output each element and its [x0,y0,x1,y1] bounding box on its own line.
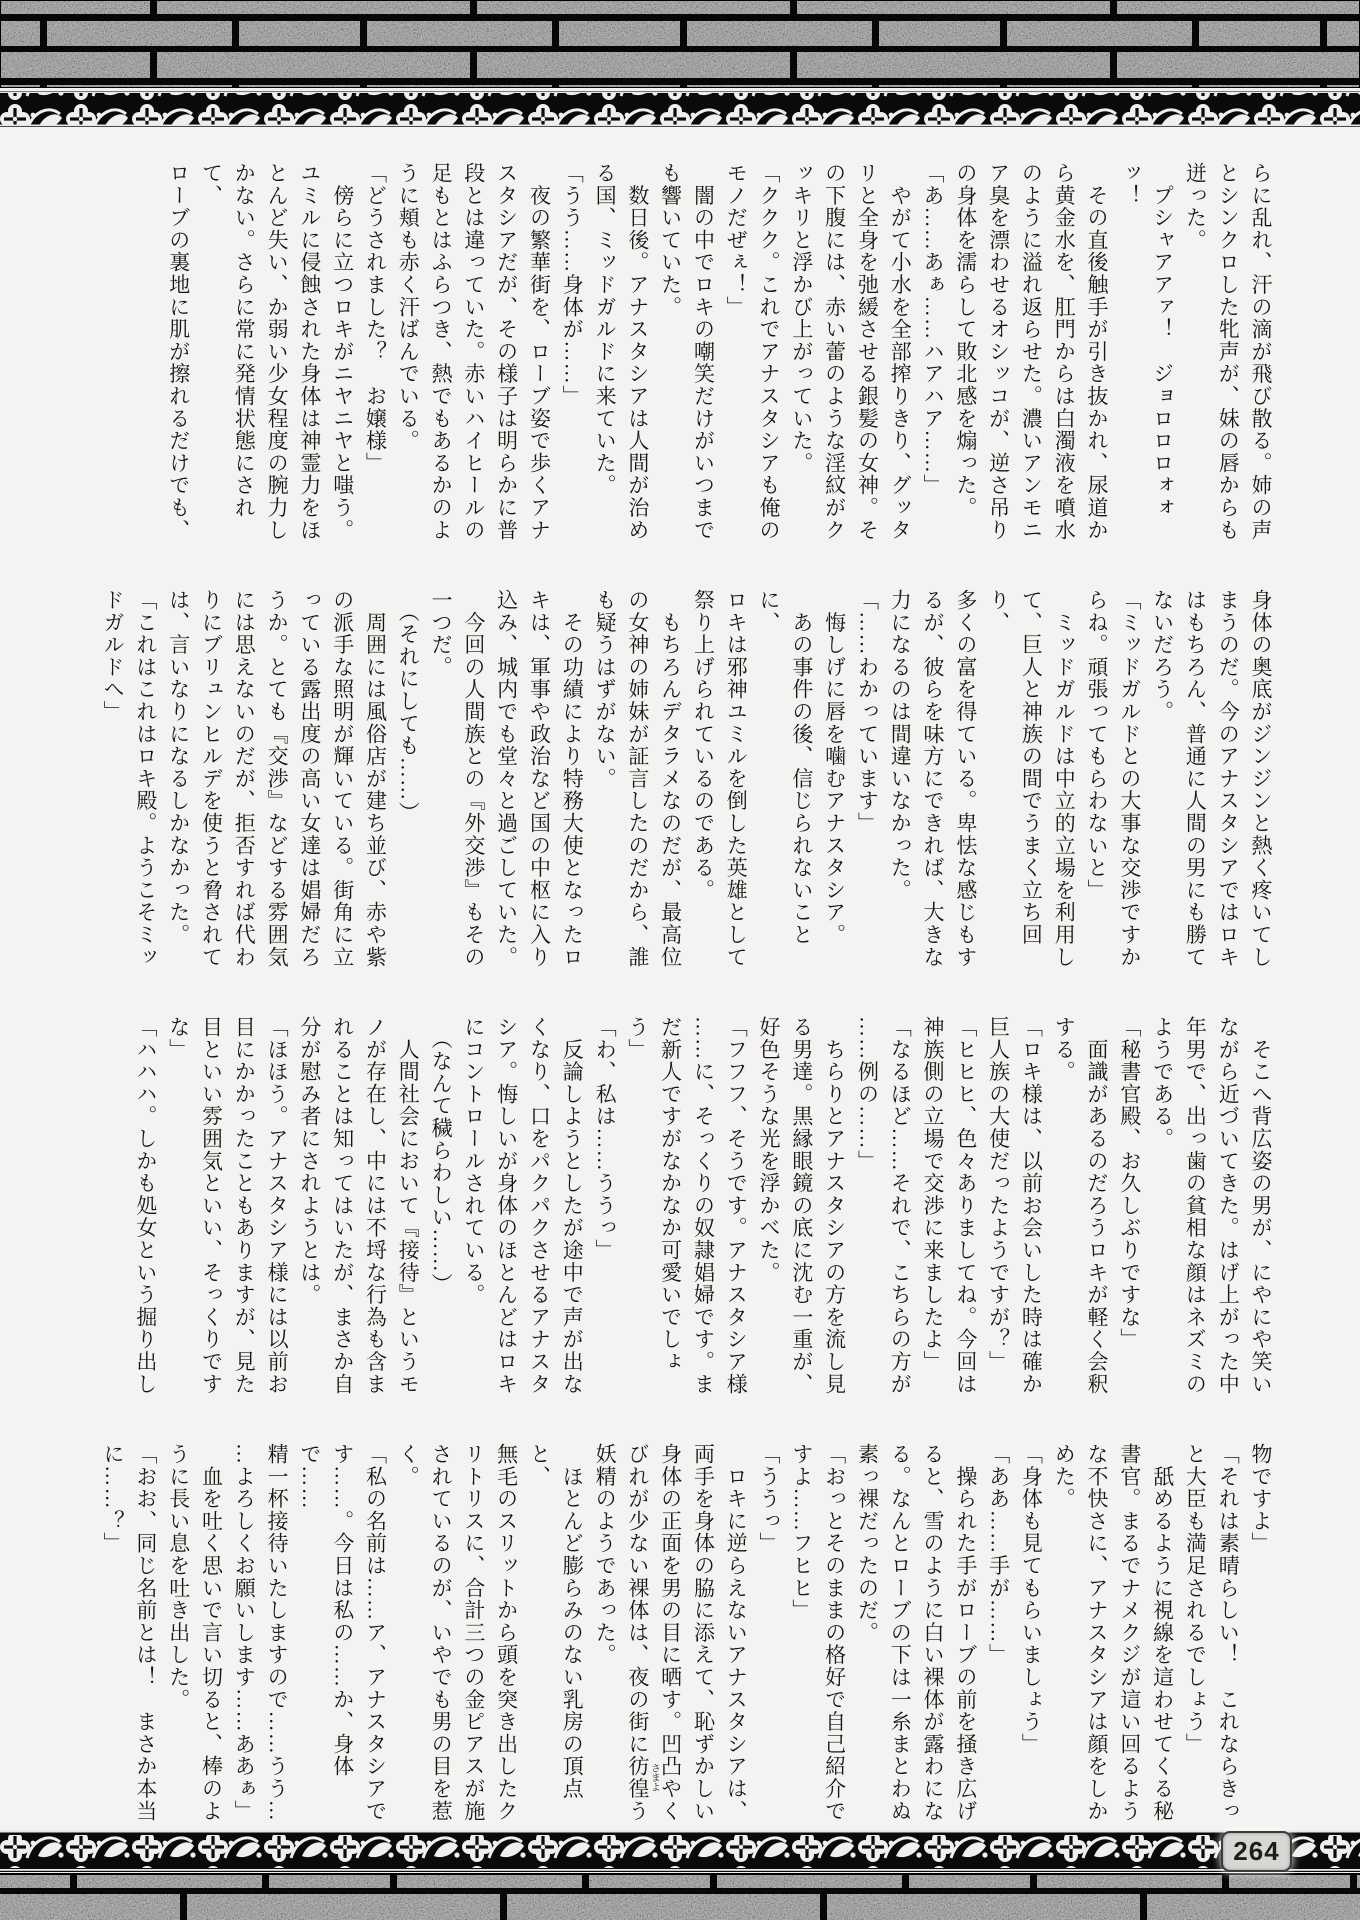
text-band-2: 身体の奥底がジンジンと熱く疼いてし まうのだ。今のアナスタシアではロキ はもちろ… [96,589,1277,971]
top-border [0,0,1360,129]
text-band-1: らに乱れ、汗の滴が飛び散る。姉の声 とシンクロした牝声が、妹の唇からも 迸った。… [162,162,1277,544]
top-brick-texture [0,0,1360,88]
bottom-ornament-band [0,1830,1360,1872]
text-band-4: 物ですよ」 「それは素晴らしい！ これならきっ と大臣も満足されるでしょう」 舐… [96,1443,1277,1825]
top-white-rule [0,88,1360,91]
bottom-brick-texture [0,1873,1360,1920]
top-ornament-band [0,91,1360,127]
text-band-3: そこへ背広姿の男が、にやにや笑い ながら近づいてきた。はげ上がった中 年男で、出… [129,1016,1277,1398]
page-number: 264 [1233,1836,1279,1867]
page-number-badge: 264 [1221,1831,1292,1872]
novel-page: らに乱れ、汗の滴が飛び散る。姉の声 とシンクロした牝声が、妹の唇からも 迸った。… [0,0,1360,1920]
bottom-border [0,1830,1360,1920]
